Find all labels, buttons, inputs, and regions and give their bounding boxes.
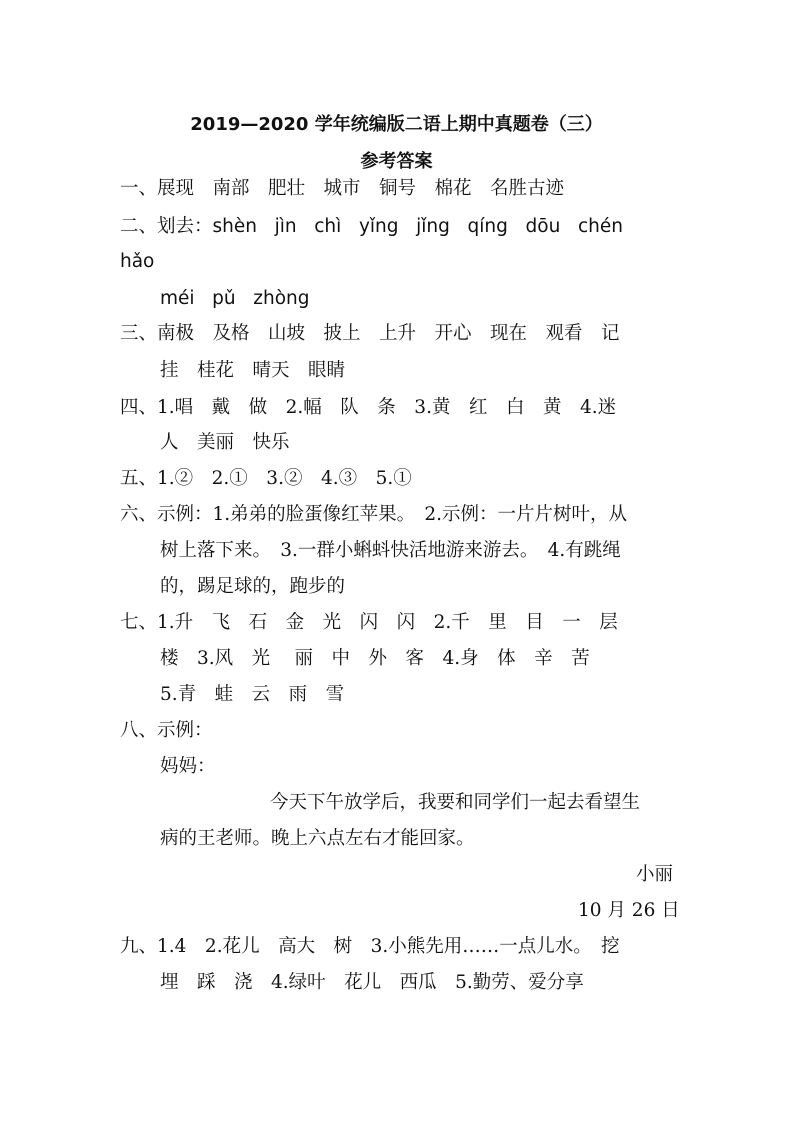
answer-line: 妈妈：	[160, 758, 216, 777]
answer-line: 一、展现 南部 肥壮 城市 铜号 棉花 名胜古迹	[120, 180, 564, 199]
answer-line: 今天下午放学后，我要和同学们一起去看望生	[270, 794, 640, 813]
answer-line: 五、1.② 2.① 3.② 4.③ 5.①	[120, 470, 412, 489]
document-title: 2019—2020 学年统编版二语上期中真题卷（三）	[0, 110, 793, 136]
answer-line: 人 美丽 快乐	[160, 434, 290, 453]
answer-line: 六、示例：1.弟弟的脸蛋像红苹果。 2.示例：一片片树叶，从	[120, 506, 627, 525]
answer-line: 病的王老师。晚上六点左右才能回家。	[160, 830, 475, 849]
answer-line: 八、示例：	[120, 722, 213, 741]
answer-line: 埋 踩 浇 4.绿叶 花儿 西瓜 5.勤劳、爱分享	[160, 974, 584, 993]
answer-key-heading: 参考答案	[0, 147, 793, 173]
answer-line: 四、1.唱 戴 做 2.幅 队 条 3.黄 红 白 黄 4.迷	[120, 399, 616, 418]
answer-line: 二、划去：shèn jìn chì yǐng jǐng qíng dōu ché…	[120, 218, 623, 237]
answer-line: 树上落下来。 3.一群小蝌蚪快活地游来游去。 4.有跳绳	[160, 542, 621, 561]
answer-line: hǎo	[120, 253, 154, 272]
answer-line: 挂 桂花 晴天 眼睛	[160, 362, 345, 381]
answer-line: 小丽	[636, 866, 673, 885]
answer-line: 的，踢足球的，跑步的	[160, 578, 345, 597]
answer-line: méi pǔ zhòng	[160, 290, 310, 309]
answer-line: 三、南极 及格 山坡 披上 上升 开心 现在 观看 记	[120, 325, 620, 344]
answer-line: 七、1.升 飞 石 金 光 闪 闪 2.千 里 目 一 层	[120, 614, 618, 633]
answer-line: 10 月 26 日	[578, 902, 680, 921]
answer-line: 楼 3.风 光 丽 中 外 客 4.身 体 辛 苦	[160, 650, 590, 669]
answer-line: 5.青 蛙 云 雨 雪	[160, 686, 344, 705]
answer-line: 九、1.4 2.花儿 高大 树 3.小熊先用……一点儿水。 挖	[120, 938, 619, 957]
